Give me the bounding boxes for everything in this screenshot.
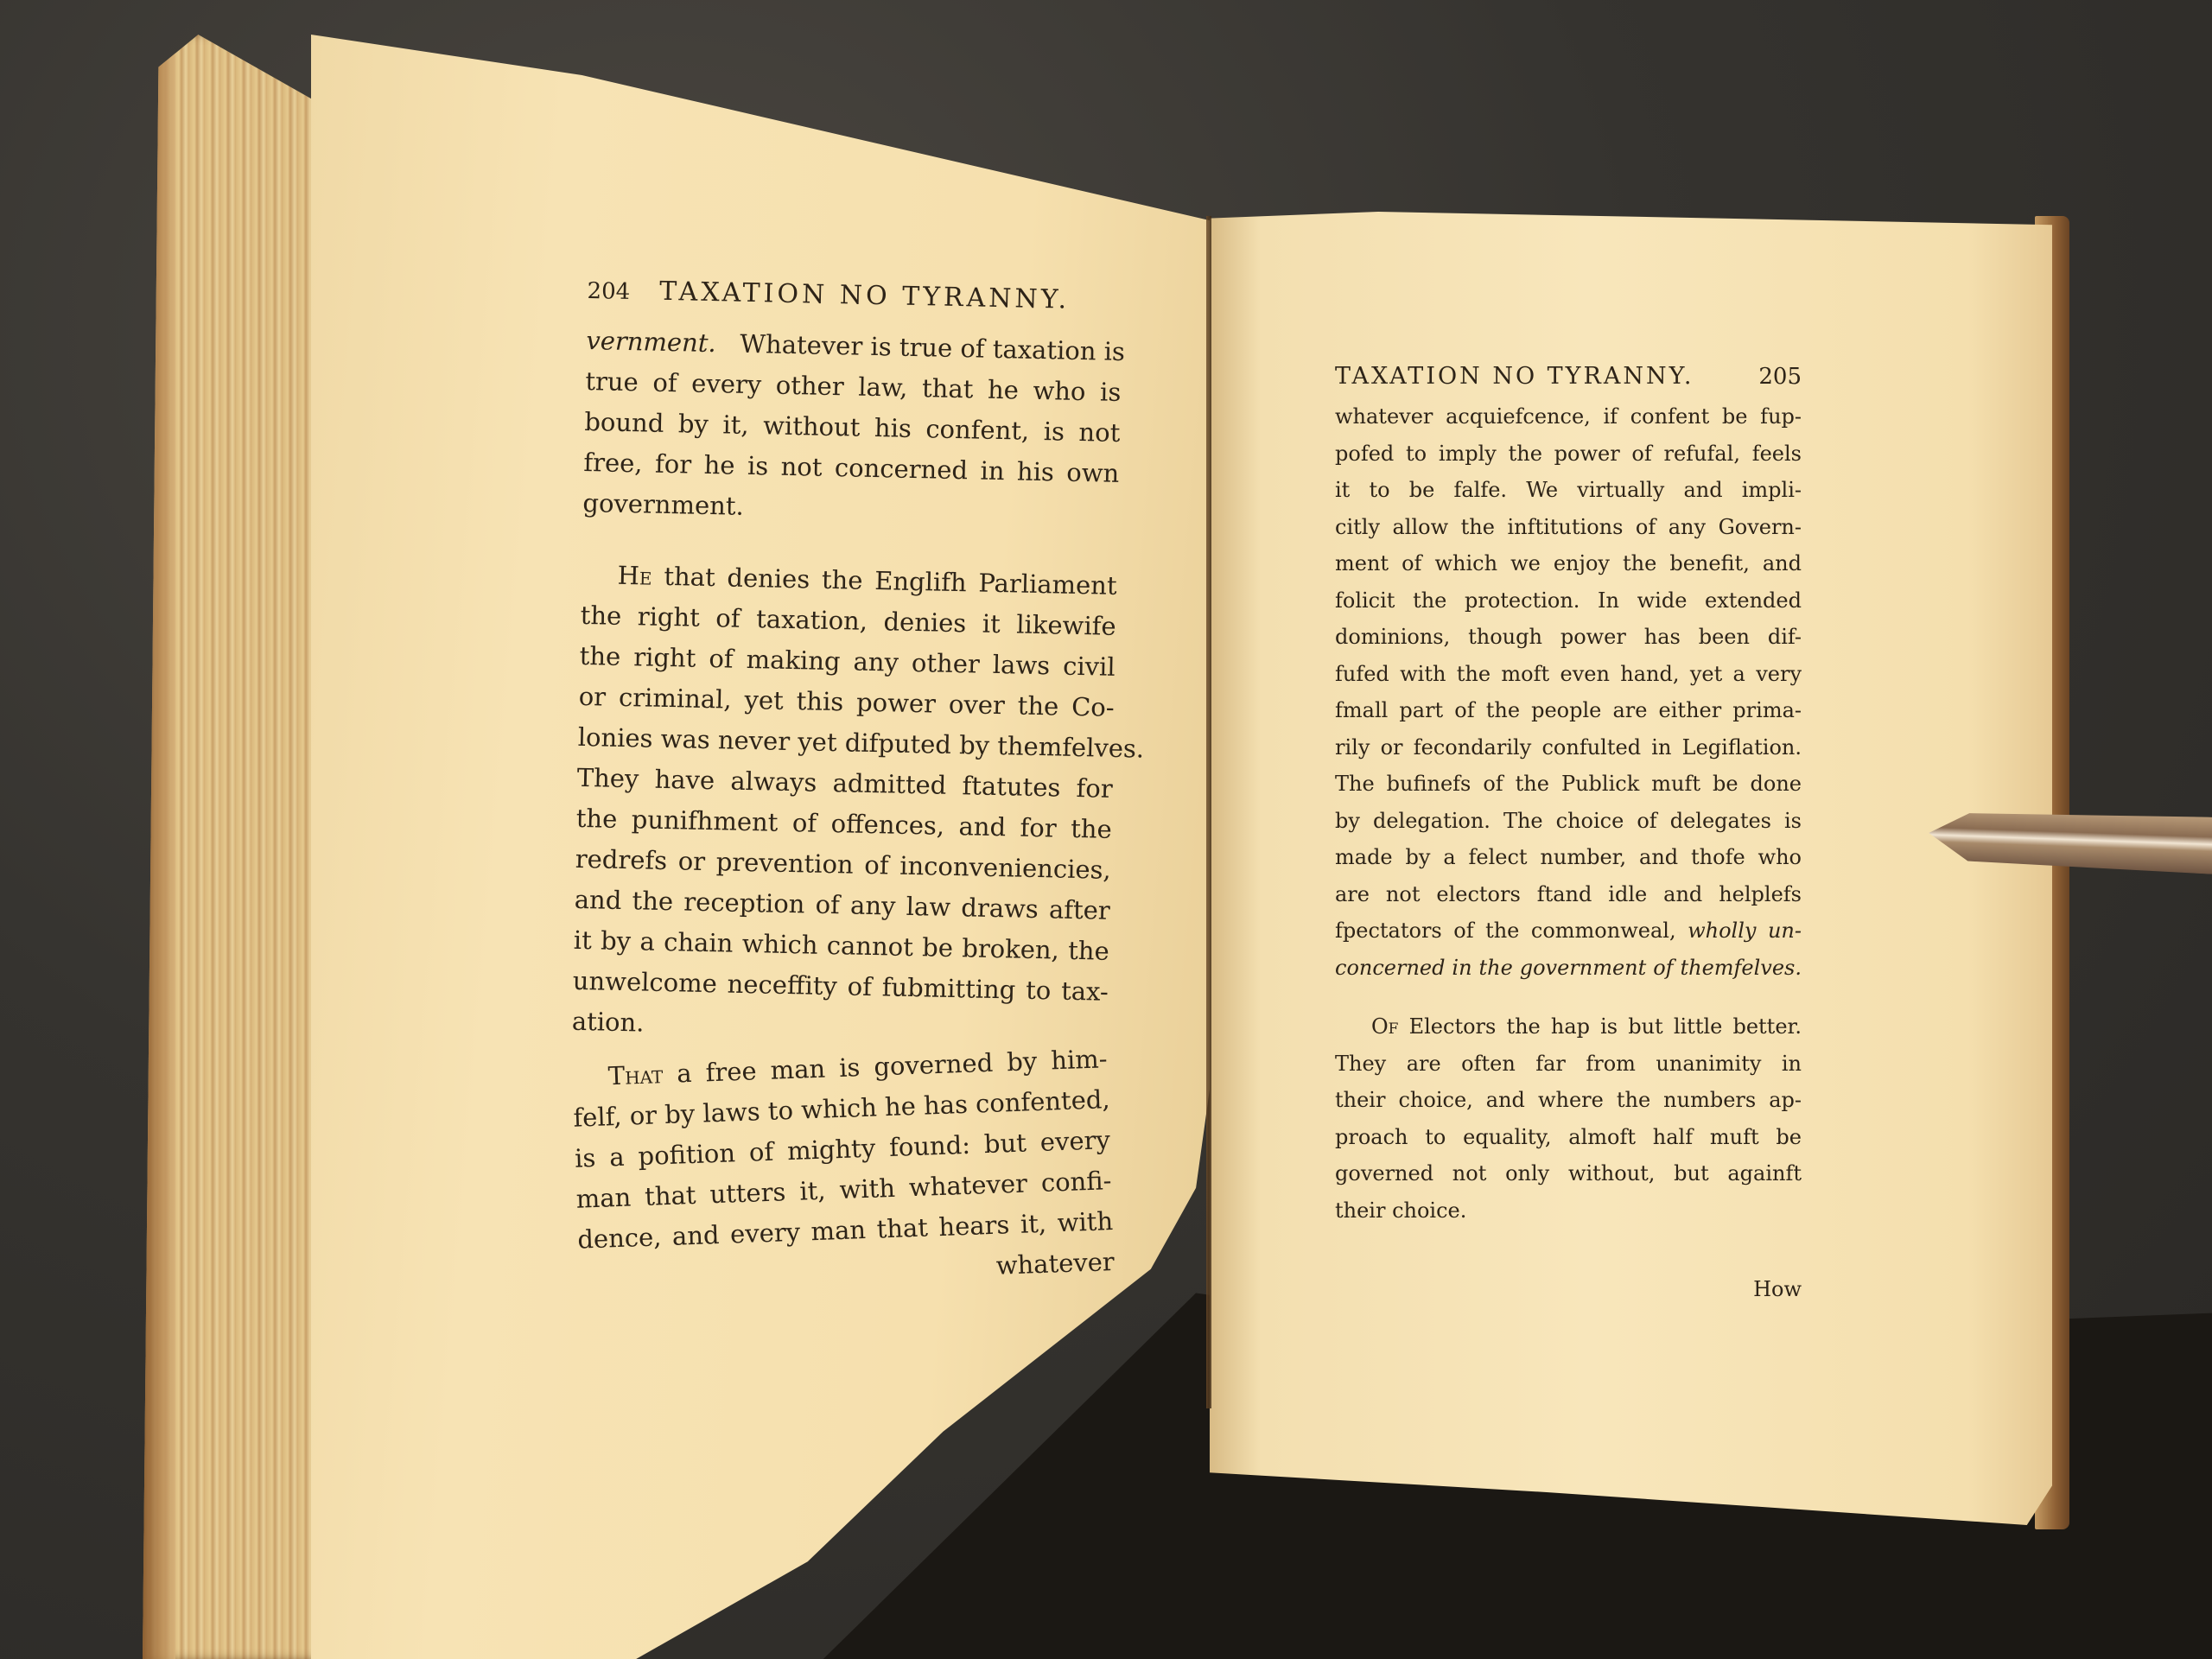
text-line: dominions, though power has been dif- (1335, 619, 1802, 656)
text-fragment: fpectators of the commonweal, (1335, 918, 1676, 943)
text-fragment: wholly un- (1688, 918, 1802, 943)
text-line: fufed with the moft even hand, yet a ver… (1335, 656, 1802, 693)
catchword: How (1335, 1277, 1802, 1301)
text-fragment: Of (1371, 1014, 1398, 1039)
text-line: made by a felect number, and thofe who (1335, 839, 1802, 876)
text-line: ment of which we enjoy the benefit, and (1335, 545, 1802, 582)
page-number: 205 (1758, 364, 1802, 390)
text-line: fmall part of the people are either prim… (1335, 692, 1802, 729)
text-fragment: That (607, 1059, 664, 1090)
paragraph: vernment. Whatever is true of taxation i… (582, 321, 1122, 535)
text-line: concerned in the government of themfelve… (1335, 950, 1802, 987)
text-fragment: vernment. (586, 326, 716, 358)
paragraph: He that denies the Englifh Parliament th… (571, 555, 1117, 1053)
paragraph: whatever acquiefcence, if confent be fup… (1335, 398, 1802, 986)
text-line: their choice, and where the numbers ap- (1335, 1082, 1802, 1119)
text-line: rily or fecondarily confulted in Legifla… (1335, 729, 1802, 766)
text-line: The bufinefs of the Publick muft be done (1335, 766, 1802, 803)
text-line: Of Electors the hap is but little better… (1335, 1008, 1802, 1046)
paragraph: That a free man is governed by him- felf… (571, 1039, 1114, 1260)
text-line: their choice. (1335, 1192, 1802, 1230)
running-head-title: TAXATION NO TYRANNY. (1335, 363, 1694, 390)
left-page-text: 204 TAXATION NO TYRANNY. vernment. Whate… (566, 275, 1123, 1313)
text-line: They are often far from unanimity in (1335, 1046, 1802, 1083)
text-line: whatever acquiefcence, if confent be fup… (1335, 398, 1802, 435)
right-running-head: TAXATION NO TYRANNY. 205 (1335, 363, 1802, 390)
text-fragment: Whatever is true of taxation is (740, 329, 1125, 366)
curved-lines: That a free man is governed by him- felf… (571, 1039, 1115, 1300)
page-number: 204 (587, 278, 630, 305)
text-fragment: that denies the Englifh Parliament (664, 562, 1117, 601)
text-line: fpectators of the commonweal, wholly un- (1335, 912, 1802, 950)
text-line: folicit the protection. In wide extended (1335, 582, 1802, 620)
text-line: it to be falfe. We virtually and impli- (1335, 472, 1802, 509)
photo-scene: 204 TAXATION NO TYRANNY. vernment. Whate… (0, 0, 2212, 1659)
paragraph: Of Electors the hap is but little better… (1335, 1008, 1802, 1229)
right-page-text: TAXATION NO TYRANNY. 205 whatever acquie… (1335, 363, 1802, 1301)
text-line: governed not only without, but againft (1335, 1155, 1802, 1192)
text-line: by delegation. The choice of delegates i… (1335, 803, 1802, 840)
text-line: proach to equality, almoft half muft be (1335, 1119, 1802, 1156)
text-line: citly allow the inftitutions of any Gove… (1335, 509, 1802, 546)
text-line: pofed to imply the power of refufal, fee… (1335, 435, 1802, 473)
text-fragment: Electors the hap is but little better. (1409, 1014, 1802, 1039)
text-fragment: He (617, 561, 652, 591)
book-gutter (1206, 216, 1211, 1408)
text-line: are not electors ftand idle and helplefs (1335, 876, 1802, 913)
